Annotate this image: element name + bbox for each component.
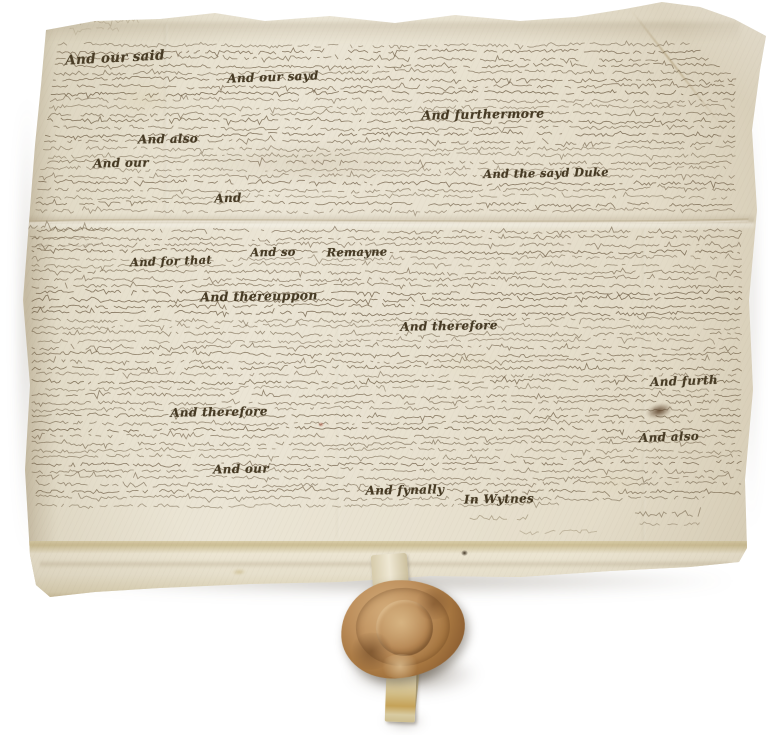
script-line	[36, 289, 742, 297]
script-line	[32, 376, 740, 385]
vertical-crease-2	[336, 228, 340, 538]
calligraphic-heading: And furthermore	[421, 105, 544, 122]
script-line	[32, 349, 741, 359]
script-line	[32, 459, 741, 468]
pale-stain-2	[588, 470, 644, 496]
pale-stain-3	[430, 350, 510, 380]
script-line	[32, 321, 740, 331]
plica-crease	[28, 543, 742, 545]
script-line	[46, 383, 742, 392]
script-line	[49, 103, 734, 114]
script-line	[38, 337, 740, 345]
calligraphic-heading: And also	[138, 131, 198, 146]
script-line	[40, 171, 735, 181]
script-line	[39, 179, 734, 188]
calligraphic-heading: And fynally	[366, 482, 445, 497]
seal-dark-patch-2	[413, 587, 454, 620]
script-line	[48, 158, 732, 167]
script-line	[36, 199, 732, 209]
calligraphic-heading: And thereuppon	[200, 287, 318, 304]
calligraphic-heading: And the sayd Duke	[483, 165, 609, 181]
script-line	[32, 468, 741, 475]
vertical-crease-1	[164, 24, 168, 216]
top-edge-shading	[40, 22, 740, 42]
script-line	[32, 343, 737, 352]
red-speck	[318, 422, 324, 427]
signature-left	[470, 515, 528, 520]
calligraphic-heading: And therefore	[400, 318, 498, 334]
pale-stain-1	[110, 82, 180, 116]
script-line	[32, 233, 741, 243]
seam-line	[30, 219, 748, 221]
script-line	[32, 261, 741, 270]
marginal-note-flourish-2	[36, 244, 99, 247]
script-line	[37, 370, 742, 378]
script-line	[45, 130, 734, 140]
script-line	[54, 67, 730, 75]
script-line	[32, 447, 742, 455]
script-line	[32, 364, 742, 373]
script-line	[36, 486, 740, 496]
photograph-of-parchment-deed: And our saidAnd our saydAnd furthermoreA…	[0, 0, 768, 735]
marginal-note-flourish	[30, 236, 102, 240]
script-line	[57, 48, 700, 57]
script-line	[56, 55, 708, 63]
calligraphic-heading: And furth	[650, 373, 718, 389]
calligraphic-heading: And our	[213, 462, 269, 477]
calligraphic-heading: And also	[639, 429, 700, 445]
calligraphic-heading: And our sayd	[227, 68, 319, 85]
signature-center	[520, 530, 597, 535]
script-line	[54, 125, 734, 133]
script-line	[32, 302, 740, 310]
ink-blot	[645, 401, 674, 421]
script-line	[32, 254, 742, 264]
vertical-crease-3	[642, 228, 646, 540]
membrane-seam	[24, 214, 754, 230]
seal-worn-area	[380, 654, 421, 680]
calligraphic-heading: And therefore	[170, 404, 268, 420]
seam-highlight	[30, 221, 748, 223]
script-line	[51, 90, 735, 98]
script-line	[32, 426, 741, 434]
calligraphic-heading: In Wytnes	[464, 491, 534, 506]
script-line	[32, 274, 741, 283]
script-line	[37, 472, 742, 483]
script-line	[47, 116, 734, 125]
curled-corner-crease	[630, 9, 724, 128]
script-line	[32, 282, 742, 289]
script-line	[58, 41, 689, 49]
script-line	[37, 226, 741, 235]
dark-speck	[461, 550, 468, 556]
script-line	[36, 493, 704, 502]
crease-smudge	[232, 569, 246, 576]
calligraphic-heading: Remayne	[326, 244, 387, 259]
script-line	[32, 406, 740, 414]
calligraphic-heading: And our	[93, 156, 149, 171]
wax-seal	[339, 577, 468, 681]
calligraphic-heading: And	[214, 191, 242, 206]
script-line	[32, 316, 739, 326]
signature-right	[635, 508, 700, 517]
script-line	[53, 75, 736, 85]
calligraphic-heading: And so	[250, 245, 296, 260]
script-line	[32, 413, 741, 422]
left-edge-shading	[22, 20, 56, 600]
script-line	[32, 399, 741, 406]
script-line	[32, 417, 740, 426]
curled-corner-highlight	[604, 0, 768, 171]
script-line	[32, 295, 742, 305]
script-line	[36, 501, 559, 509]
calligraphic-heading: And for that	[130, 253, 212, 270]
script-line	[38, 184, 736, 194]
script-line	[32, 453, 740, 461]
marginal-note	[26, 221, 108, 232]
signature-right-flourish	[640, 522, 699, 526]
script-line	[48, 109, 734, 118]
script-line	[55, 61, 719, 71]
script-line	[41, 166, 735, 174]
parchment-sag-shading	[190, 140, 430, 186]
script-line	[32, 430, 735, 442]
script-line	[52, 81, 734, 92]
script-line	[32, 307, 741, 316]
script-line	[48, 151, 735, 160]
script-line	[32, 268, 742, 277]
script-line	[32, 248, 740, 256]
script-line	[44, 146, 735, 154]
script-line	[32, 390, 740, 400]
script-line	[32, 438, 735, 448]
docket-inscription-2	[70, 27, 119, 34]
script-line	[36, 479, 741, 489]
calligraphic-heading: And our said	[65, 47, 165, 68]
script-line	[32, 355, 740, 365]
script-line	[37, 192, 736, 200]
docket-inscription	[62, 18, 138, 27]
script-line	[32, 329, 741, 339]
script-line	[36, 207, 735, 216]
script-line	[45, 136, 736, 147]
script-line	[50, 95, 734, 106]
script-line	[32, 242, 741, 250]
